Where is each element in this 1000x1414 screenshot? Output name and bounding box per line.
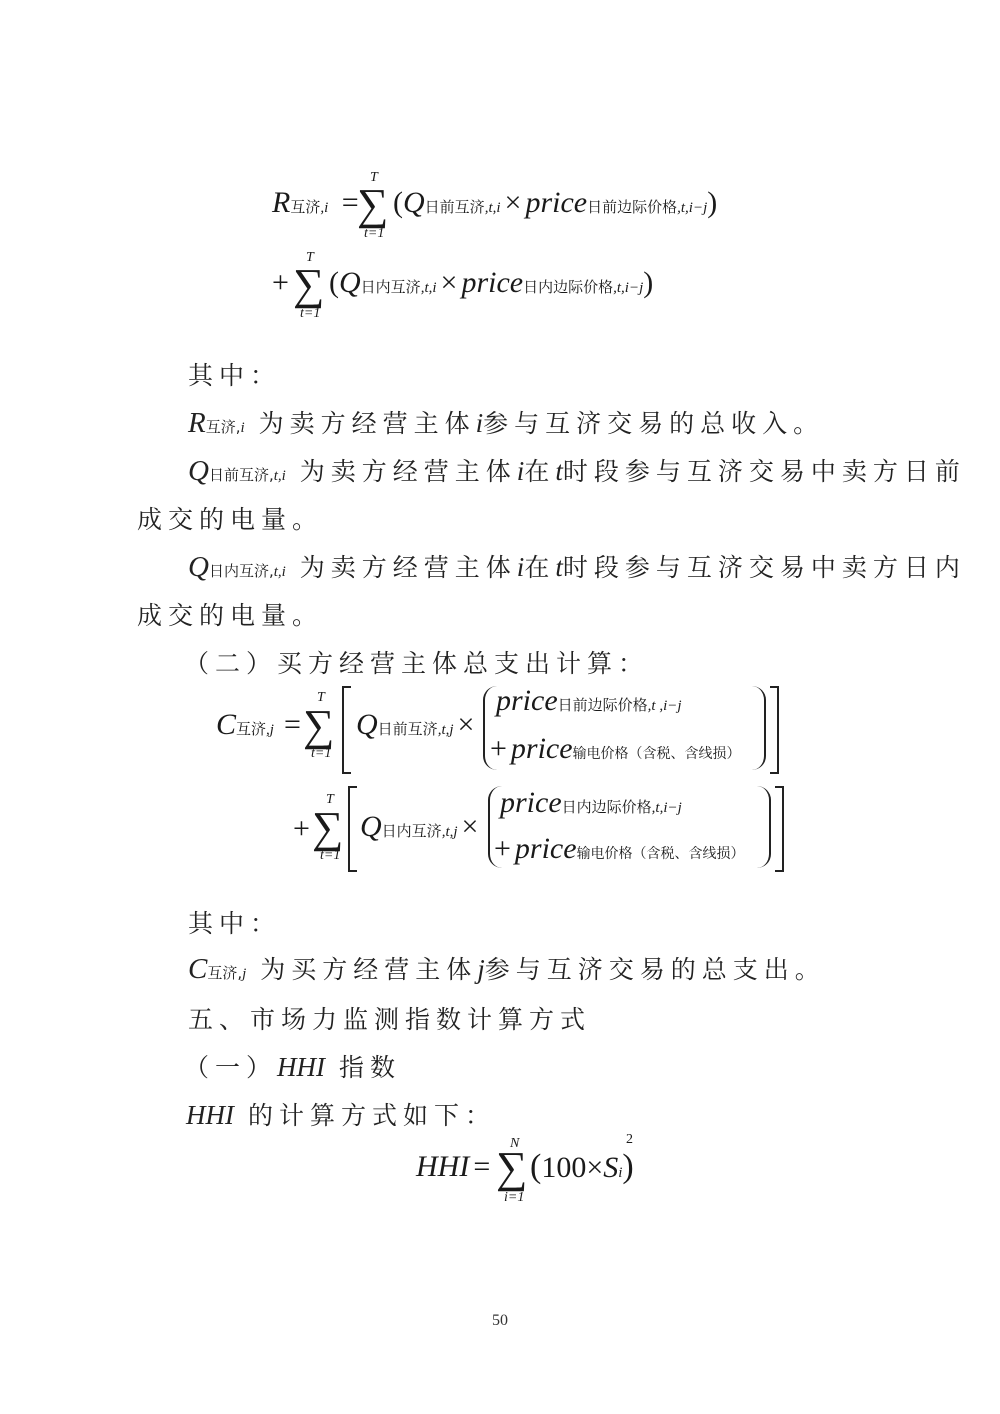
subscript-index: ,t,j — [442, 824, 458, 840]
price-symbol: price — [525, 186, 587, 219]
definition-continuation: 成交的电量。 — [137, 596, 323, 632]
subscript: 日内边际价格 — [523, 278, 613, 296]
formula-cost-term-2-transmission: + price输电价格（含税、含线损） — [494, 832, 745, 866]
plus-sign: + — [494, 832, 511, 865]
intro-text: 的计算方式如下： — [248, 1101, 496, 1130]
quantity-symbol: Q — [403, 186, 425, 219]
quantity-symbol: Q — [188, 551, 209, 583]
subscript: 互济 — [236, 720, 266, 738]
subscript-index: ,t,i−j — [613, 280, 643, 296]
formula-hhi-lhs: HHI = — [416, 1150, 490, 1184]
summation-icon: ∑ — [312, 806, 343, 850]
equals-sign: = — [284, 708, 301, 741]
hhi-symbol: HHI — [416, 1150, 469, 1183]
left-bracket — [342, 686, 351, 774]
definition-revenue: R互济,i 为卖方经营主体i参与互济交易的总收入。 — [188, 404, 824, 440]
times-sign: × — [462, 810, 479, 843]
formula-revenue-line-2: + — [272, 266, 289, 300]
subscript-index: ,t,i — [485, 200, 501, 216]
definition-text: 在 — [524, 553, 555, 582]
close-paren: ) — [622, 1148, 633, 1185]
summation-icon: ∑ — [496, 1146, 527, 1190]
times-sign: × — [586, 1151, 603, 1184]
share-symbol: S — [603, 1151, 618, 1184]
subscript: 输电价格（含税、含线损） — [573, 746, 741, 762]
subscript: 日内互济 — [361, 278, 421, 296]
sum-lower-limit: t=1 — [300, 306, 320, 322]
index-symbol: j — [477, 954, 485, 984]
subscript-index: ,t ,i−j — [648, 698, 682, 714]
price-symbol: price — [461, 266, 523, 299]
subscript-index: ,j — [266, 722, 274, 738]
subscript: 日前互济 — [425, 198, 485, 216]
subscript: 互济, — [206, 418, 241, 436]
formula-hhi-body: (100×Si) — [530, 1148, 634, 1186]
subscript: 日前互济 — [378, 720, 438, 738]
subsection-title: 指数 — [339, 1053, 401, 1082]
definition-continuation: 成交的电量。 — [137, 500, 323, 536]
right-bracket — [770, 686, 779, 774]
cost-symbol: C — [188, 953, 207, 985]
subsection-number: （一） — [184, 1053, 277, 1082]
subscript: 输电价格（含税、含线损） — [577, 846, 745, 862]
definition-text: 为卖方经营主体 — [259, 409, 476, 438]
sum-lower-limit: t=1 — [364, 226, 384, 242]
right-bracket — [775, 786, 784, 872]
subscript-index: i — [241, 420, 245, 436]
where-label: 其中： — [188, 904, 281, 940]
subscript-index: ,t,i−j — [677, 200, 707, 216]
formula-cost-term-1-quantity: Q日前互济,t,j × — [356, 708, 474, 742]
hhi-symbol: HHI — [277, 1052, 325, 1082]
subscript: 互济 — [290, 198, 320, 216]
definition-cost: C互济,j 为买方经营主体j参与互济交易的总支出。 — [188, 950, 826, 986]
definition-text: 参与互济交易的总支出。 — [485, 955, 826, 984]
time-symbol: t — [555, 552, 563, 582]
constant: 100 — [541, 1151, 586, 1184]
definition-intraday-quantity: Q日内互济,t,i 为卖方经营主体i在t时段参与互济交易中卖方日内 — [188, 548, 966, 584]
sum-lower-limit: t=1 — [320, 848, 340, 864]
subscript: 日前边际价格 — [587, 198, 677, 216]
plus-sign: + — [272, 266, 289, 299]
definition-text: 时段参与互济交易中卖方日前 — [563, 457, 966, 486]
where-label: 其中： — [188, 356, 281, 392]
formula-cost-plus: + — [293, 812, 310, 846]
formula-cost-term-2-quantity: Q日内互济,t,j × — [360, 810, 478, 844]
definition-text: 为买方经营主体 — [260, 955, 477, 984]
subscript: 日内边际价格 — [562, 798, 652, 816]
subscript: 日内互济, — [209, 562, 274, 580]
price-symbol: price — [496, 684, 558, 717]
page-number: 50 — [0, 1312, 1000, 1330]
section-heading-buyer: （二）买方经营主体总支出计算： — [184, 644, 649, 680]
left-bracket — [348, 786, 357, 872]
times-sign: × — [458, 708, 475, 741]
revenue-symbol: R — [188, 407, 206, 439]
definition-dayahead-quantity: Q日前互济,t,i 为卖方经营主体i在t时段参与互济交易中卖方日前 — [188, 452, 966, 488]
cost-symbol: C — [216, 708, 236, 741]
subscript: 日前边际价格 — [558, 696, 648, 714]
subsection-heading-hhi: （一）HHI 指数 — [184, 1048, 401, 1084]
plus-sign: + — [490, 732, 507, 765]
price-symbol: price — [515, 832, 577, 865]
subscript-index: ,t,i−j — [652, 800, 682, 816]
sum-lower-limit: t=1 — [311, 746, 331, 762]
sum-lower-limit: i=1 — [504, 1190, 524, 1206]
time-symbol: t — [555, 456, 563, 486]
exponent: 2 — [626, 1132, 633, 1148]
quantity-symbol: Q — [356, 708, 378, 741]
definition-text: 时段参与互济交易中卖方日内 — [563, 553, 966, 582]
subscript-index: t,i — [274, 564, 286, 580]
revenue-symbol: R — [272, 186, 290, 219]
formula-revenue-term-2: (Q日内互济,t,i × price日内边际价格,t,i−j) — [329, 266, 653, 300]
formula-revenue-term-1: (Q日前互济,t,i × price日前边际价格,t,i−j) — [393, 186, 717, 220]
right-paren — [757, 786, 771, 868]
formula-cost-term-2-price: price日内边际价格,t,i−j — [500, 786, 682, 820]
equals-sign: = — [473, 1150, 490, 1183]
right-paren — [752, 686, 766, 770]
subscript-index: ,t,j — [438, 722, 454, 738]
quantity-symbol: Q — [188, 455, 209, 487]
hhi-symbol: HHI — [186, 1100, 234, 1130]
subscript-index: j — [242, 966, 246, 982]
subscript: 日前互济, — [209, 466, 274, 484]
hhi-intro: HHI 的计算方式如下： — [186, 1096, 496, 1132]
subscript: 互济, — [207, 964, 242, 982]
definition-text: 为卖方经营主体 — [300, 457, 517, 486]
price-symbol: price — [500, 786, 562, 819]
subscript-index: t,i — [274, 468, 286, 484]
subscript-index: ,t,i — [421, 280, 437, 296]
times-sign: × — [505, 186, 522, 219]
section-heading-market-power: 五、市场力监测指数计算方式 — [188, 1000, 591, 1036]
subscript-index: ,i — [320, 200, 328, 216]
formula-cost-term-1-transmission: + price输电价格（含税、含线损） — [490, 732, 741, 766]
price-symbol: price — [511, 732, 573, 765]
times-sign: × — [441, 266, 458, 299]
subscript: 日内互济 — [382, 822, 442, 840]
summation-icon: ∑ — [357, 183, 388, 227]
open-paren: ( — [530, 1148, 541, 1185]
plus-sign: + — [293, 812, 310, 845]
summation-icon: ∑ — [303, 704, 334, 748]
definition-text: 参与互济交易的总收入。 — [483, 409, 824, 438]
definition-text: 在 — [524, 457, 555, 486]
quantity-symbol: Q — [339, 266, 361, 299]
definition-text: 为卖方经营主体 — [300, 553, 517, 582]
formula-cost-lhs: C互济,j = — [216, 708, 301, 742]
formula-cost-term-1-price: price日前边际价格,t ,i−j — [496, 684, 682, 718]
formula-revenue-line-1: R互济,i = — [272, 186, 359, 220]
summation-icon: ∑ — [293, 263, 324, 307]
quantity-symbol: Q — [360, 810, 382, 843]
